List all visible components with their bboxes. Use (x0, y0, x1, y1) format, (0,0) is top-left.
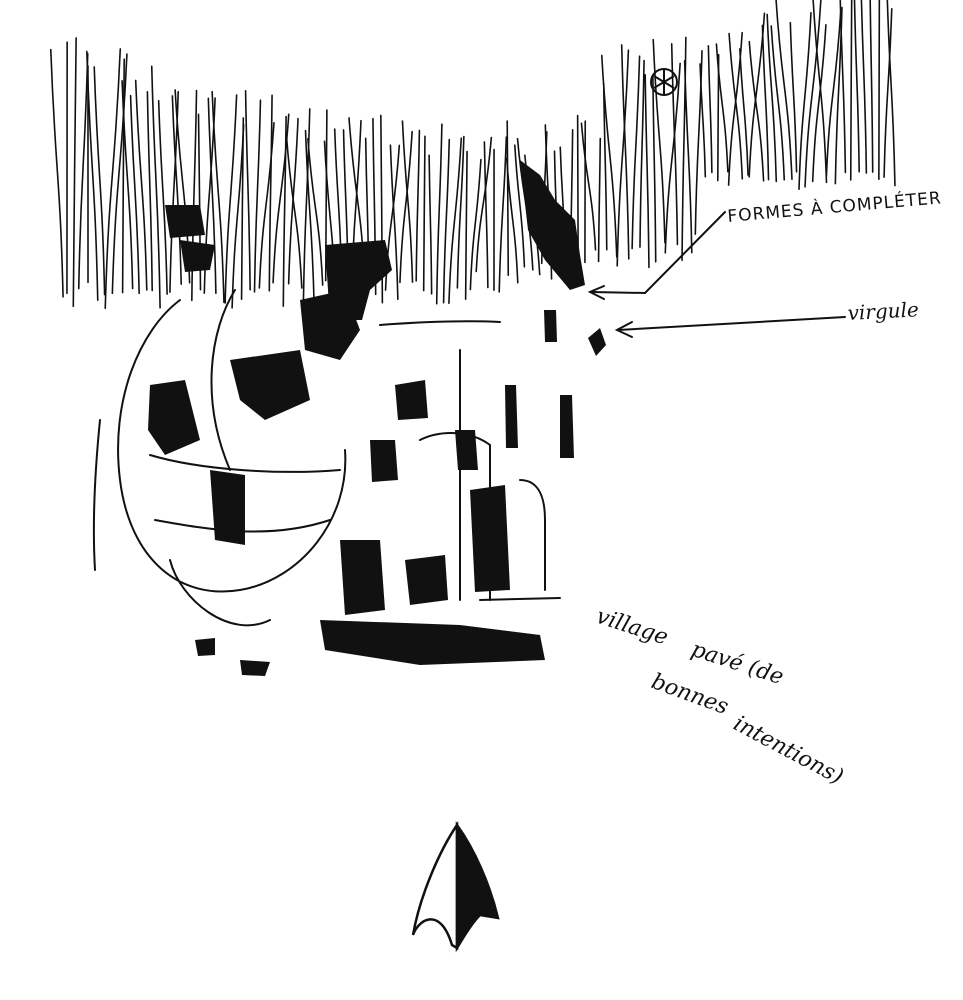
annotation-formes: FORMES À COMPLÉTER (727, 186, 943, 227)
annotation-village-3: bonnes (648, 669, 732, 720)
annotation-virgule: virgule (847, 297, 919, 325)
annotation-village-2: pavé (de (688, 637, 786, 690)
ink-sketch: FORMES À COMPLÉTER virgule village pavé … (0, 0, 963, 1000)
arrowhead-icon (413, 825, 498, 948)
annotation-village-1: village (593, 604, 671, 651)
hatched-sky (51, 0, 895, 308)
annotation-village-4: intentions) (729, 711, 847, 790)
